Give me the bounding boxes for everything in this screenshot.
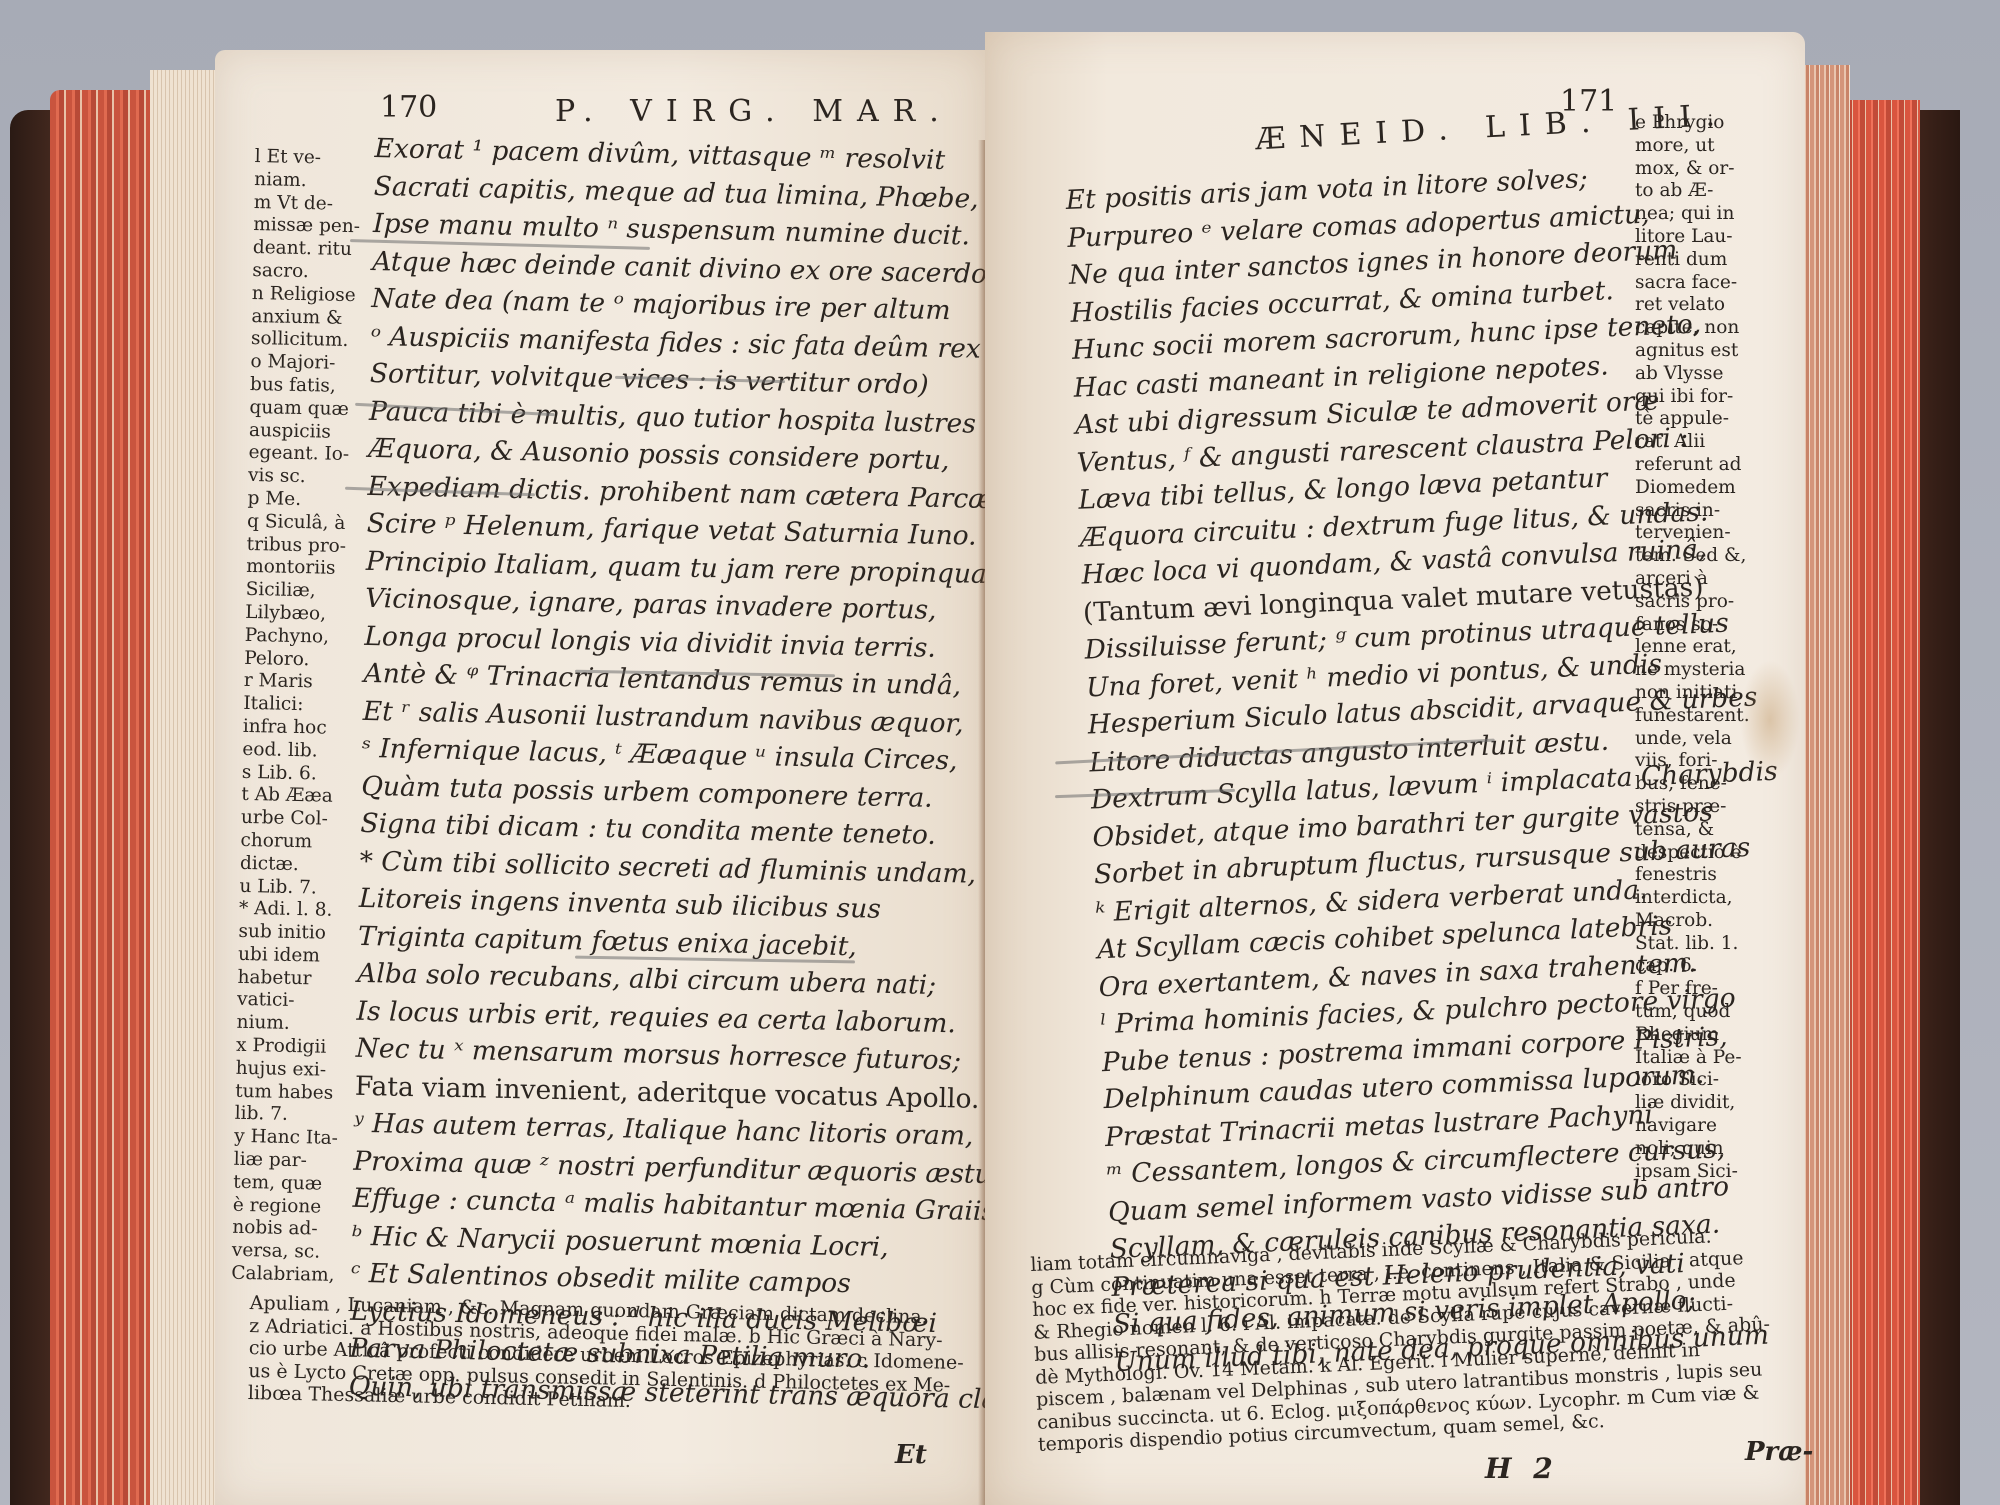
margin-note-line: x Prodigii [236, 1035, 343, 1060]
margin-note-line: tervenien- [1635, 522, 1750, 545]
margin-notes: l Et ve-niam.m Vt de-missæ pen-deant. ri… [231, 146, 362, 1288]
margin-note-line: non initiati [1635, 682, 1750, 705]
running-head: P. VIRG. MAR. [555, 94, 953, 129]
margin-note-line: Calabriam, [231, 1263, 338, 1288]
margin-note-line: more, ut [1635, 135, 1750, 158]
margin-note-line: cap. 6. [1635, 955, 1750, 978]
margin-note-line: lib. 7. [234, 1103, 341, 1128]
margin-note-line: liæ par- [234, 1149, 341, 1174]
margin-note-line: y Hanc Ita- [234, 1126, 341, 1151]
margin-note-line: nobis ad- [232, 1217, 339, 1242]
margin-note-line: p Me. [247, 488, 354, 513]
right-page: ÆNEID. LIB. III. 171 Et positis aris jam… [985, 32, 1805, 1505]
margin-notes: e Phrygiomore, utmox, & or-to ab Æ-nea; … [1635, 112, 1750, 1183]
margin-note-line: hujus exi- [235, 1058, 342, 1083]
margin-note-line: egeant. Io- [248, 442, 355, 467]
margin-note-line: è regione [233, 1194, 340, 1219]
margin-note-line: niam. [254, 169, 361, 194]
margin-note-line: Italiæ à Pe- [1635, 1047, 1750, 1070]
margin-note-line: agnitus est [1635, 340, 1750, 363]
footnotes: Apuliam , Lucaniam , &c. Magnam quondam … [248, 1292, 965, 1419]
margin-note-line: Peloro. [244, 647, 351, 672]
margin-note-line: tensa, & [1635, 819, 1750, 842]
margin-note-line: t Ab Ææa [241, 784, 348, 809]
margin-note-line: sacra face- [1635, 272, 1750, 295]
margin-note-line: Lilybæo, [245, 602, 352, 627]
margin-note-line: ne mysteria [1635, 659, 1750, 682]
page-stack-left [150, 70, 220, 1505]
margin-note-line: tum habes [235, 1080, 342, 1105]
margin-note-line: sub initio [238, 921, 345, 946]
margin-note-line: tum, quod [1635, 1001, 1750, 1024]
margin-note-line: dictæ. [240, 853, 347, 878]
page-number: 170 [380, 90, 437, 125]
margin-note-line: s Lib. 6. [242, 761, 349, 786]
margin-note-line: referunt ad [1635, 454, 1750, 477]
margin-note-line: anxium & [251, 306, 358, 331]
margin-note-line: u Lib. 7. [239, 875, 346, 900]
catchword: Præ- [1745, 1437, 1813, 1467]
margin-note-line: Macrob. [1635, 910, 1750, 933]
margin-note-line: missæ pen- [253, 214, 360, 239]
margin-note-line: f Per fre- [1635, 978, 1750, 1001]
margin-note-line: ubi idem [238, 944, 345, 969]
margin-note-line: tè appule- [1635, 408, 1750, 431]
margin-note-line: Rhegium [1635, 1024, 1750, 1047]
margin-note-line: Diomedem [1635, 477, 1750, 500]
margin-note-line: q Siculâ, à [247, 511, 354, 536]
margin-note-line: arceri à [1635, 568, 1750, 591]
margin-note-line: lenne erat, [1635, 636, 1750, 659]
margin-note-line: r Maris [244, 670, 351, 695]
margin-note-line: vatici- [237, 989, 344, 1014]
margin-note-line: viis, fori- [1635, 750, 1750, 773]
margin-note-line: loro Sici- [1635, 1069, 1750, 1092]
red-page-edge-right [1840, 100, 1920, 1505]
margin-note-line: l Et ve- [255, 146, 362, 171]
margin-note-line: versa, sc. [232, 1240, 339, 1265]
margin-note-line: Pachyno, [244, 625, 351, 650]
margin-note-line: rat. Alii [1635, 431, 1750, 454]
margin-note-line: bus fatis, [250, 374, 357, 399]
margin-note-line: liæ dividit, [1635, 1092, 1750, 1115]
margin-note-line: ret velato [1635, 294, 1750, 317]
left-page: 170 P. VIRG. MAR. l Et ve-niam.m Vt de-m… [215, 50, 985, 1505]
margin-note-line: eod. lib. [242, 739, 349, 764]
margin-note-line: renti dum [1635, 249, 1750, 272]
margin-note-line: Italici: [243, 693, 350, 718]
margin-note-line: ipsam Sici- [1635, 1161, 1750, 1184]
margin-note-line: quam quæ [249, 397, 356, 422]
margin-note-line: bus, fene- [1635, 773, 1750, 796]
margin-note-line: sacris pro- [1635, 591, 1750, 614]
margin-note-line: infra hoc [243, 716, 350, 741]
margin-note-line: m Vt de- [254, 192, 361, 217]
margin-note-line: Stat. lib. 1. [1635, 933, 1750, 956]
margin-note-line: nium. [236, 1012, 343, 1037]
margin-note-line: funestarent. [1635, 705, 1750, 728]
page-number: 171 [1560, 84, 1617, 119]
signature-mark: H 2 [1485, 1452, 1559, 1485]
margin-note-line: fenestris [1635, 864, 1750, 887]
margin-note-line: litore Lau- [1635, 226, 1750, 249]
catchword: Et [895, 1440, 927, 1470]
margin-note-line: sacro. [252, 260, 359, 285]
footnotes: liam totam circumnaviga , devitabis inde… [1030, 1223, 1774, 1456]
margin-note-line: sollicitum. [251, 328, 358, 353]
margin-note-line: tem. Sed &, [1635, 545, 1750, 568]
margin-note-line: capite, non [1635, 317, 1750, 340]
margin-note-line: auspiciis [249, 420, 356, 445]
margin-note-line: n Religiose [252, 283, 359, 308]
margin-note-line: deant. ritu [253, 237, 360, 262]
margin-note-line: stris præ- [1635, 796, 1750, 819]
margin-note-line: sacris in- [1635, 500, 1750, 523]
margin-note-line: montoriis [246, 556, 353, 581]
margin-note-line: nea; qui in [1635, 203, 1750, 226]
margin-note-line: unde, vela [1635, 728, 1750, 751]
margin-note-line: fanos so- [1635, 614, 1750, 637]
margin-note-line: chorum [240, 830, 347, 855]
margin-note-line: vis sc. [248, 465, 355, 490]
margin-note-line: urbe Col- [241, 807, 348, 832]
margin-note-line: mox, & or- [1635, 158, 1750, 181]
paper-stain [1740, 660, 1800, 780]
margin-note-line: noli; quin [1635, 1138, 1750, 1161]
margin-note-line: despectio è [1635, 842, 1750, 865]
margin-note-line: e Phrygio [1635, 112, 1750, 135]
margin-note-line: Siciliæ, [245, 579, 352, 604]
margin-note-line: tem, quæ [233, 1172, 340, 1197]
margin-note-line: o Majori- [250, 351, 357, 376]
margin-note-line: * Adi. l. 8. [239, 898, 346, 923]
margin-note-line: ab Vlysse [1635, 363, 1750, 386]
margin-note-line: to ab Æ- [1635, 180, 1750, 203]
margin-note-line: qui ibi for- [1635, 386, 1750, 409]
margin-note-line: navigare [1635, 1115, 1750, 1138]
margin-note-line: habetur [237, 967, 344, 992]
margin-note-line: tribus pro- [246, 533, 353, 558]
margin-note-line: interdicta, [1635, 887, 1750, 910]
